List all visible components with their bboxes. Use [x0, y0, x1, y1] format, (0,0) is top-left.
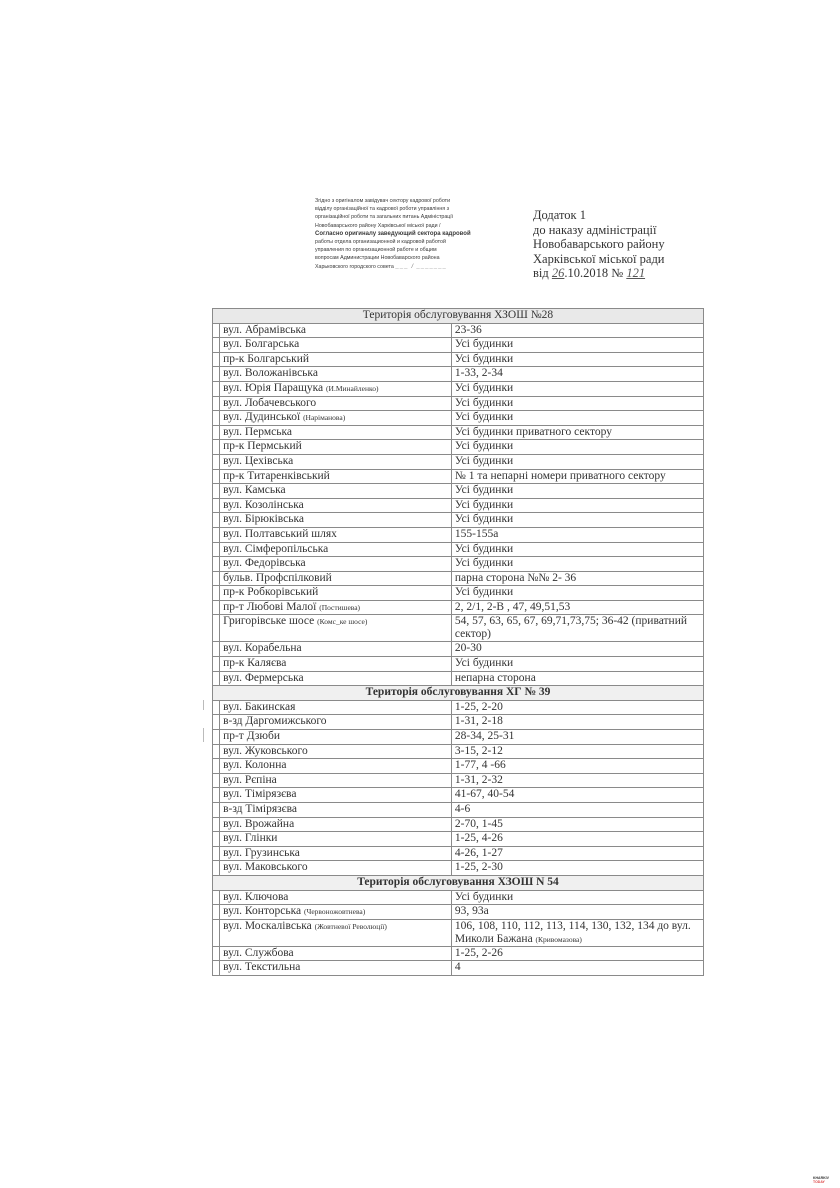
table-row: вул. Бакинская1-25, 2-20 — [213, 700, 704, 715]
houses-value: Усі будинки — [455, 543, 513, 555]
table-row: вул. Текстильна4 — [213, 961, 704, 976]
houses-value: 155-155а — [455, 528, 498, 540]
street-name: пр-к Титаренківський — [223, 470, 330, 482]
houses-cell: № 1 та непарні номери приватного сектору — [451, 469, 703, 484]
houses-value: 1-31, 2-18 — [455, 715, 503, 727]
street-cell: вул. Москалівська (Жовтневої Революції) — [220, 919, 452, 946]
houses-value: Усі будинки — [455, 353, 513, 365]
houses-cell: Усі будинки — [451, 484, 703, 499]
street-cell: вул. Текстильна — [220, 961, 452, 976]
houses-value: 1-25, 2-20 — [455, 701, 503, 713]
street-name: вул. Колонна — [223, 759, 286, 771]
street-name: вул. Полтавський шлях — [223, 528, 337, 540]
houses-value: непарна сторона — [455, 672, 536, 684]
street-cell: вул. Дудинської (Наріманова) — [220, 411, 452, 426]
houses-value: № 1 та непарні номери приватного сектору — [455, 470, 666, 482]
blank-cell — [213, 557, 220, 572]
blank-cell — [213, 425, 220, 440]
street-cell: вул. Камська — [220, 484, 452, 499]
houses-cell: Усі будинки — [451, 411, 703, 426]
houses-value: 1-25, 4-26 — [455, 832, 503, 844]
appendix-header: Додаток 1 до наказу адміністрації Новоба… — [533, 208, 665, 281]
houses-cell: Усі будинки приватного сектору — [451, 425, 703, 440]
street-name: вул. Конторська — [223, 905, 301, 917]
houses-value: 4 — [455, 961, 461, 973]
houses-value: 1-33, 2-34 — [455, 367, 503, 379]
street-cell: вул. Пермська — [220, 425, 452, 440]
blank-cell — [213, 381, 220, 396]
street-cell: вул. Конторська (Червоножовтнева) — [220, 905, 452, 920]
street-cell: вул. Врожайна — [220, 817, 452, 832]
street-name: вул. Козолінська — [223, 499, 304, 511]
street-cell: пр-т Дзюби — [220, 730, 452, 745]
blank-cell — [213, 440, 220, 455]
houses-value: 28-34, 25-31 — [455, 730, 514, 742]
blank-cell — [213, 700, 220, 715]
houses-cell: 2-70, 1-45 — [451, 817, 703, 832]
stamp-line: Согласно оригиналу заведующий сектора ка… — [315, 230, 523, 238]
houses-cell: Усі будинки — [451, 657, 703, 672]
appendix-line: до наказу адміністрації — [533, 223, 665, 238]
houses-cell: 28-34, 25-31 — [451, 730, 703, 745]
street-name: вул. Болгарська — [223, 338, 299, 350]
houses-cell: 1-25, 2-30 — [451, 861, 703, 876]
table-row: вул. Москалівська (Жовтневої Революції)1… — [213, 919, 704, 946]
houses-cell: парна сторона №№ 2- 36 — [451, 571, 703, 586]
street-name: вул. Службова — [223, 947, 294, 959]
street-cell: Григорівське шосе (Комс_ке шосе) — [220, 615, 452, 642]
scan-mark — [203, 728, 204, 742]
houses-cell: 54, 57, 63, 65, 67, 69,71,73,75; 36-42 (… — [451, 615, 703, 642]
table-row: в-зд Даргомижського1-31, 2-18 — [213, 715, 704, 730]
street-cell: вул. Службова — [220, 946, 452, 961]
table-row: пр-к БолгарськийУсі будинки — [213, 352, 704, 367]
houses-value: 1-25, 2-26 — [455, 947, 503, 959]
appendix-line: Харківської міської ради — [533, 252, 665, 267]
table-row: вул. БолгарськаУсі будинки — [213, 338, 704, 353]
street-cell: вул. Грузинська — [220, 846, 452, 861]
table-row: вул. Воложанівська1-33, 2-34 — [213, 367, 704, 382]
houses-cell: 3-15, 2-12 — [451, 744, 703, 759]
table-row: вул. Колонна1-77, 4 -66 — [213, 759, 704, 774]
houses-cell: 93, 93а — [451, 905, 703, 920]
houses-cell: Усі будинки — [451, 557, 703, 572]
street-name: вул. Бакинская — [223, 701, 295, 713]
street-name: вул. Грузинська — [223, 847, 300, 859]
street-name: вул. Камська — [223, 484, 286, 496]
houses-cell: Усі будинки — [451, 586, 703, 601]
street-cell: в-зд Тімірязєва — [220, 803, 452, 818]
street-cell: пр-к Робкорівський — [220, 586, 452, 601]
street-cell: вул. Корабельна — [220, 642, 452, 657]
street-name: вул. Корабельна — [223, 642, 302, 654]
street-cell: пр-к Болгарський — [220, 352, 452, 367]
stamp-text: Харьковского городского совета — [315, 264, 394, 270]
blank-cell — [213, 323, 220, 338]
stamp-line: Згідно з оригіналом завідувач сектору ка… — [315, 197, 523, 205]
street-cell: вул. Абрамівська — [220, 323, 452, 338]
street-cell: вул. Цехівська — [220, 454, 452, 469]
street-cell: вул. Маковського — [220, 861, 452, 876]
territory-table: Територія обслуговування ХЗОШ №28вул. Аб… — [212, 308, 704, 976]
blank-cell — [213, 396, 220, 411]
street-name: вул. Сімферопільська — [223, 543, 328, 555]
table-row: вул. ПермськаУсі будинки приватного сект… — [213, 425, 704, 440]
street-cell: вул. Болгарська — [220, 338, 452, 353]
stamp-line: Новобаварського району Харківської міськ… — [315, 222, 523, 230]
houses-cell: 1-77, 4 -66 — [451, 759, 703, 774]
street-cell: в-зд Даргомижського — [220, 715, 452, 730]
houses-value: Усі будинки — [455, 499, 513, 511]
street-name: вул. Москалівська — [223, 920, 312, 932]
table-row: вул. ЦехівськаУсі будинки — [213, 454, 704, 469]
stamp-line: відділу організаційної та кадрової робот… — [315, 205, 523, 213]
table-row: вул. Жуковського3-15, 2-12 — [213, 744, 704, 759]
table-row: вул. КамськаУсі будинки — [213, 484, 704, 499]
houses-cell: 1-33, 2-34 — [451, 367, 703, 382]
watermark-line: TODAY — [813, 1180, 829, 1184]
blank-cell — [213, 817, 220, 832]
section-header-row: Територія обслуговування ХЗОШ N 54 — [213, 875, 704, 890]
street-name: вул. Рєпіна — [223, 774, 277, 786]
blank-cell — [213, 946, 220, 961]
blank-cell — [213, 788, 220, 803]
blank-cell — [213, 861, 220, 876]
houses-value: Усі будинки приватного сектору — [455, 426, 612, 438]
street-cell: вул. Рєпіна — [220, 773, 452, 788]
watermark: KHARKIV TODAY — [813, 1176, 829, 1184]
street-name: пр-к Пермський — [223, 440, 302, 452]
houses-cell: 4-6 — [451, 803, 703, 818]
houses-value: 4-6 — [455, 803, 470, 815]
street-cell: вул. Жуковського — [220, 744, 452, 759]
street-name: пр-т Любові Малої — [223, 601, 316, 613]
houses-value: Усі будинки — [455, 557, 513, 569]
table-row: пр-т Дзюби28-34, 25-31 — [213, 730, 704, 745]
houses-cell: 4 — [451, 961, 703, 976]
houses-value: 20-30 — [455, 642, 482, 654]
street-cell: пр-к Титаренківський — [220, 469, 452, 484]
houses-value: Усі будинки — [455, 338, 513, 350]
table-row: вул. БірюківськаУсі будинки — [213, 513, 704, 528]
street-name: вул. Ключова — [223, 891, 288, 903]
blank-cell — [213, 919, 220, 946]
table-row: вул. Маковського1-25, 2-30 — [213, 861, 704, 876]
houses-value: 2-70, 1-45 — [455, 818, 503, 830]
table-row: бульв. Профспілковийпарна сторона №№ 2- … — [213, 571, 704, 586]
street-name: вул. Врожайна — [223, 818, 294, 830]
table-row: вул. ЛобачевськогоУсі будинки — [213, 396, 704, 411]
blank-cell — [213, 513, 220, 528]
table-row: вул. Врожайна2-70, 1-45 — [213, 817, 704, 832]
houses-cell: Усі будинки — [451, 381, 703, 396]
houses-cell: Усі будинки — [451, 338, 703, 353]
houses-cell: 106, 108, 110, 112, 113, 114, 130, 132, … — [451, 919, 703, 946]
houses-value: парна сторона №№ 2- 36 — [455, 572, 576, 584]
houses-value: 4-26, 1-27 — [455, 847, 503, 859]
former-name-note: (Червоножовтнева) — [304, 907, 365, 916]
territory-table-body: Територія обслуговування ХЗОШ №28вул. Аб… — [213, 309, 704, 976]
former-name-note: (Комс_ке шосе) — [317, 617, 367, 626]
blank-cell — [213, 586, 220, 601]
street-cell: вул. Юрія Паращука (И.Минайленко) — [220, 381, 452, 396]
blank-cell — [213, 454, 220, 469]
former-name-note: (И.Минайленко) — [326, 384, 378, 393]
blank-cell — [213, 773, 220, 788]
table-row: вул. Юрія Паращука (И.Минайленко)Усі буд… — [213, 381, 704, 396]
houses-value: Усі будинки — [455, 440, 513, 452]
houses-value: 23-36 — [455, 324, 482, 336]
houses-cell: Усі будинки — [451, 542, 703, 557]
street-name: вул. Федорівська — [223, 557, 306, 569]
street-cell: вул. Ключова — [220, 890, 452, 905]
blank-cell — [213, 846, 220, 861]
table-row: вул. СімферопільськаУсі будинки — [213, 542, 704, 557]
houses-value: 1-31, 2-32 — [455, 774, 503, 786]
table-row: вул. Тімірязєва41-67, 40-54 — [213, 788, 704, 803]
street-cell: вул. Воложанівська — [220, 367, 452, 382]
street-cell: вул. Федорівська — [220, 557, 452, 572]
blank-cell — [213, 338, 220, 353]
houses-value: 3-15, 2-12 — [455, 745, 503, 757]
street-name: вул. Жуковського — [223, 745, 308, 757]
houses-value: Усі будинки — [455, 382, 513, 394]
street-name: в-зд Тімірязєва — [223, 803, 297, 815]
blank-cell — [213, 832, 220, 847]
street-cell: вул. Глінки — [220, 832, 452, 847]
table-row: вул. КозолінськаУсі будинки — [213, 498, 704, 513]
table-row: пр-к РобкорівськийУсі будинки — [213, 586, 704, 601]
former-name-note: (Жовтневої Революції) — [315, 922, 387, 931]
table-row: вул. ФедорівськаУсі будинки — [213, 557, 704, 572]
street-cell: вул. Полтавський шлях — [220, 527, 452, 542]
section-title: Територія обслуговування ХГ № 39 — [213, 686, 704, 701]
blank-cell — [213, 759, 220, 774]
houses-cell: Усі будинки — [451, 396, 703, 411]
table-row: вул. Корабельна20-30 — [213, 642, 704, 657]
street-name: вул. Цехівська — [223, 455, 293, 467]
street-name: вул. Воложанівська — [223, 367, 318, 379]
street-cell: вул. Тімірязєва — [220, 788, 452, 803]
street-name: вул. Юрія Паращука — [223, 382, 323, 394]
table-row: вул. Дудинської (Наріманова)Усі будинки — [213, 411, 704, 426]
houses-value: Усі будинки — [455, 484, 513, 496]
houses-value: 2, 2/1, 2-В , 47, 49,51,53 — [455, 601, 570, 613]
table-row: вул. Полтавський шлях155-155а — [213, 527, 704, 542]
table-row: вул. Фермерськанепарна сторона — [213, 671, 704, 686]
stamp-line: управления по организационной работе и о… — [315, 246, 523, 254]
street-cell: пр-к Каляєва — [220, 657, 452, 672]
street-cell: бульв. Профспілковий — [220, 571, 452, 586]
section-title: Територія обслуговування ХЗОШ №28 — [213, 309, 704, 324]
street-cell: вул. Козолінська — [220, 498, 452, 513]
section-header-row: Територія обслуговування ХГ № 39 — [213, 686, 704, 701]
date-day: 26 — [552, 266, 565, 280]
street-name: в-зд Даргомижського — [223, 715, 326, 727]
table-row: вул. Службова1-25, 2-26 — [213, 946, 704, 961]
stamp-line: Харьковского городского совета___ / ____… — [315, 263, 523, 271]
houses-value: 1-77, 4 -66 — [455, 759, 506, 771]
table-row: вул. Рєпіна1-31, 2-32 — [213, 773, 704, 788]
blank-cell — [213, 803, 220, 818]
street-cell: пр-к Пермський — [220, 440, 452, 455]
houses-cell: Усі будинки — [451, 513, 703, 528]
former-name-note: (Наріманова) — [303, 413, 345, 422]
houses-cell: 1-31, 2-32 — [451, 773, 703, 788]
table-row: вул. Конторська (Червоножовтнева)93, 93а — [213, 905, 704, 920]
order-number: 121 — [626, 266, 645, 280]
houses-value: Усі будинки — [455, 455, 513, 467]
blank-cell — [213, 715, 220, 730]
street-name: вул. Маковського — [223, 861, 308, 873]
table-row: вул. Абрамівська23-36 — [213, 323, 704, 338]
table-row: вул. КлючоваУсі будинки — [213, 890, 704, 905]
houses-cell: 4-26, 1-27 — [451, 846, 703, 861]
street-name: Григорівське шосе — [223, 615, 314, 627]
table-row: вул. Глінки1-25, 4-26 — [213, 832, 704, 847]
houses-value: 1-25, 2-30 — [455, 861, 503, 873]
street-name: вул. Тімірязєва — [223, 788, 296, 800]
houses-cell: 1-31, 2-18 — [451, 715, 703, 730]
blank-cell — [213, 657, 220, 672]
houses-cell: 1-25, 4-26 — [451, 832, 703, 847]
houses-cell: 20-30 — [451, 642, 703, 657]
houses-cell: Усі будинки — [451, 498, 703, 513]
appendix-date-line: від 26.10.2018 № 121 — [533, 266, 665, 281]
blank-cell — [213, 744, 220, 759]
street-cell: вул. Бакинская — [220, 700, 452, 715]
blank-cell — [213, 600, 220, 615]
blank-cell — [213, 484, 220, 499]
blank-cell — [213, 527, 220, 542]
houses-cell: Усі будинки — [451, 454, 703, 469]
houses-cell: непарна сторона — [451, 671, 703, 686]
houses-value: 54, 57, 63, 65, 67, 69,71,73,75; 36-42 (… — [455, 615, 687, 640]
table-row: вул. Грузинська4-26, 1-27 — [213, 846, 704, 861]
street-name: вул. Дудинської — [223, 411, 300, 423]
street-cell: вул. Бірюківська — [220, 513, 452, 528]
table-row: пр-к ПермськийУсі будинки — [213, 440, 704, 455]
stamp-line: організаційної роботи та загальних питан… — [315, 213, 523, 221]
stamp-line: вопросам Администрации Новобаварского ра… — [315, 254, 523, 262]
houses-value: Усі будинки — [455, 586, 513, 598]
houses-cell: 41-67, 40-54 — [451, 788, 703, 803]
appendix-line: Новобаварського району — [533, 237, 665, 252]
street-name: вул. Бірюківська — [223, 513, 304, 525]
street-name: вул. Пермська — [223, 426, 292, 438]
street-name: вул. Фермерська — [223, 672, 304, 684]
houses-cell: 1-25, 2-26 — [451, 946, 703, 961]
scan-mark — [203, 700, 204, 710]
table-row: Григорівське шосе (Комс_ке шосе)54, 57, … — [213, 615, 704, 642]
blank-cell — [213, 352, 220, 367]
houses-value: 93, 93а — [455, 905, 489, 917]
houses-value: Усі будинки — [455, 891, 513, 903]
street-name: вул. Лобачевського — [223, 397, 316, 409]
blank-cell — [213, 542, 220, 557]
street-name: пр-к Каляєва — [223, 657, 286, 669]
blank-cell — [213, 615, 220, 642]
street-name: пр-т Дзюби — [223, 730, 280, 742]
street-name: вул. Глінки — [223, 832, 277, 844]
houses-cell: Усі будинки — [451, 890, 703, 905]
street-cell: вул. Лобачевського — [220, 396, 452, 411]
street-cell: вул. Сімферопільська — [220, 542, 452, 557]
street-name: пр-к Робкорівський — [223, 586, 318, 598]
houses-cell: 155-155а — [451, 527, 703, 542]
houses-cell: 2, 2/1, 2-В , 47, 49,51,53 — [451, 600, 703, 615]
houses-cell: Усі будинки — [451, 440, 703, 455]
date-prefix: від — [533, 266, 552, 280]
street-cell: вул. Фермерська — [220, 671, 452, 686]
certification-stamp: Згідно з оригіналом завідувач сектору ка… — [315, 197, 523, 271]
blank-cell — [213, 571, 220, 586]
section-header-row: Територія обслуговування ХЗОШ №28 — [213, 309, 704, 324]
street-cell: вул. Колонна — [220, 759, 452, 774]
table-row: в-зд Тімірязєва4-6 — [213, 803, 704, 818]
date-rest: .10.2018 № — [564, 266, 626, 280]
stamp-line: работы отдела организационной и кадровой… — [315, 238, 523, 246]
section-title: Територія обслуговування ХЗОШ N 54 — [213, 875, 704, 890]
street-name: пр-к Болгарський — [223, 353, 309, 365]
houses-value: Усі будинки — [455, 657, 513, 669]
blank-cell — [213, 411, 220, 426]
houses-cell: 23-36 — [451, 323, 703, 338]
houses-value: Усі будинки — [455, 397, 513, 409]
former-name-note: (Кривомазова) — [536, 935, 582, 944]
houses-value: 41-67, 40-54 — [455, 788, 514, 800]
street-name: бульв. Профспілковий — [223, 572, 332, 584]
street-name: вул. Текстильна — [223, 961, 300, 973]
appendix-title: Додаток 1 — [533, 208, 665, 223]
blank-cell — [213, 890, 220, 905]
houses-cell: Усі будинки — [451, 352, 703, 367]
blank-cell — [213, 730, 220, 745]
blank-cell — [213, 498, 220, 513]
former-name-note: (Постишева) — [319, 603, 360, 612]
street-cell: пр-т Любові Малої (Постишева) — [220, 600, 452, 615]
blank-cell — [213, 469, 220, 484]
blank-cell — [213, 961, 220, 976]
table-row: пр-к КаляєваУсі будинки — [213, 657, 704, 672]
houses-value: Усі будинки — [455, 513, 513, 525]
table-row: пр-т Любові Малої (Постишева)2, 2/1, 2-В… — [213, 600, 704, 615]
blank-cell — [213, 642, 220, 657]
street-name: вул. Абрамівська — [223, 324, 306, 336]
signature: ___ / _______ — [396, 263, 447, 271]
blank-cell — [213, 671, 220, 686]
blank-cell — [213, 367, 220, 382]
houses-cell: 1-25, 2-20 — [451, 700, 703, 715]
blank-cell — [213, 905, 220, 920]
table-row: пр-к Титаренківський№ 1 та непарні номер… — [213, 469, 704, 484]
houses-value: Усі будинки — [455, 411, 513, 423]
